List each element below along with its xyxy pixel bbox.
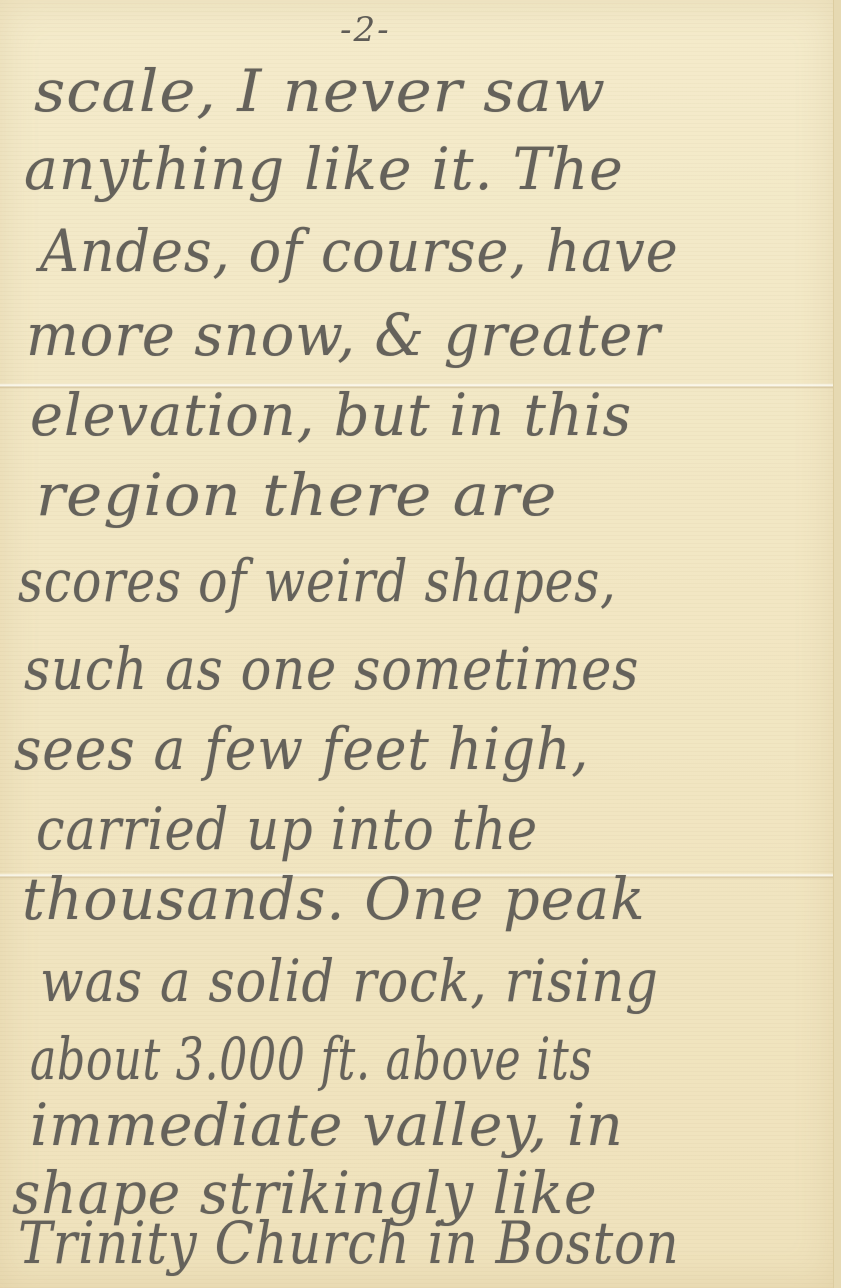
paper-edge: [833, 0, 841, 1288]
handwritten-line: scores of weird shapes,: [18, 552, 616, 610]
handwritten-line: was a solid rock, rising: [40, 952, 659, 1010]
letter-page: -2- scale, I never saw anything like it.…: [0, 0, 834, 1288]
handwritten-line: anything like it. The: [24, 140, 624, 198]
handwritten-line: more snow, & greater: [26, 306, 661, 364]
handwritten-line: about 3.000 ft. above its: [30, 1030, 593, 1088]
handwritten-line: sees a few feet high,: [14, 720, 589, 778]
handwritten-line: scale, I never saw: [34, 62, 606, 120]
handwritten-line: thousands. One peak: [22, 870, 646, 928]
handwritten-line: Andes, of course, have: [40, 222, 679, 280]
handwritten-line: region there are: [36, 466, 557, 524]
handwritten-line: immediate valley, in: [30, 1096, 624, 1154]
page-number: -2-: [340, 10, 391, 50]
handwritten-line: such as one sometimes: [24, 640, 639, 698]
handwritten-line: carried up into the: [36, 800, 538, 858]
handwritten-line: elevation, but in this: [30, 386, 632, 444]
handwritten-line: Trinity Church in Boston: [18, 1214, 679, 1272]
